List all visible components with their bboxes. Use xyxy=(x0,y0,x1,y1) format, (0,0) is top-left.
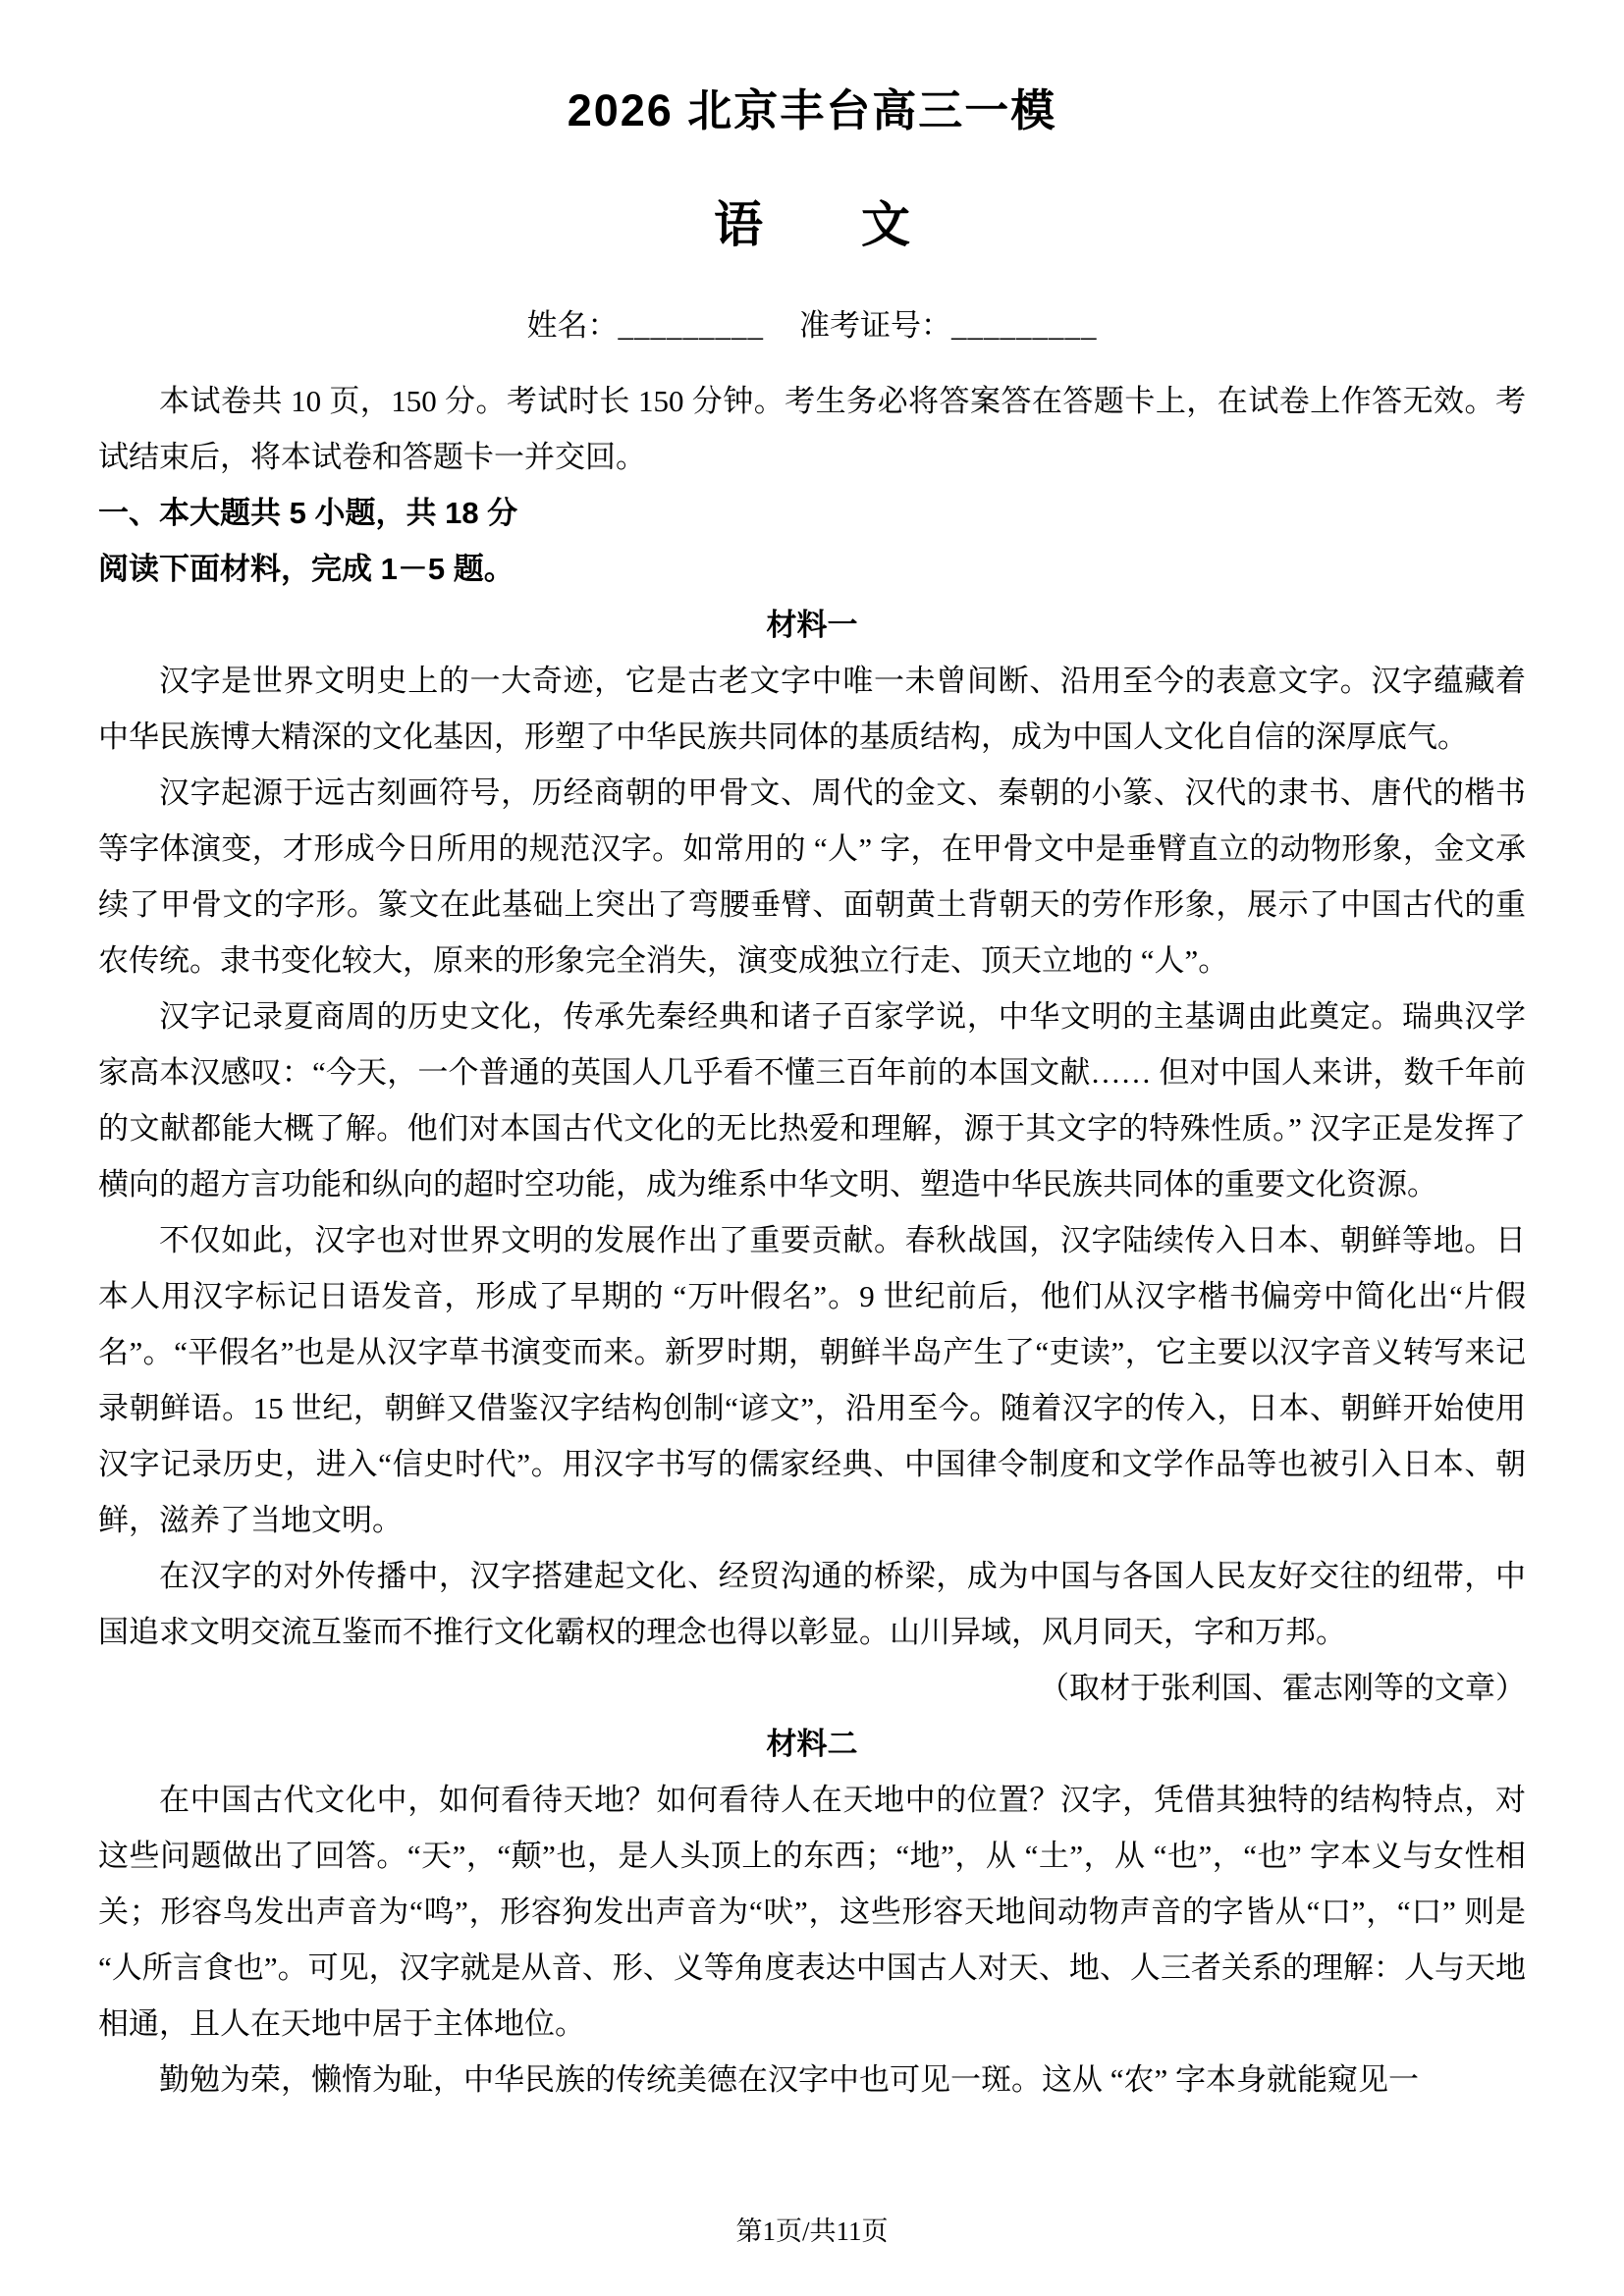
subject-title: 语 文 xyxy=(98,194,1526,255)
material-one-paragraph-1: 汉字是世界文明史上的一大奇迹，它是古老文字中唯一未曾间断、沿用至今的表意文字。汉… xyxy=(98,653,1526,765)
material-one-paragraph-5: 在汉字的对外传播中，汉字搭建起文化、经贸沟通的桥梁，成为中国与各国人民友好交往的… xyxy=(98,1548,1526,1660)
candidate-info-line: 姓名：_________准考证号：_________ xyxy=(98,304,1526,347)
material-two-heading: 材料二 xyxy=(98,1716,1526,1772)
exam-number-blank-field: _________ xyxy=(951,308,1098,343)
material-two-paragraph-1: 在中国古代文化中，如何看待天地？如何看待人在天地中的位置？汉字，凭借其独特的结构… xyxy=(98,1772,1526,2052)
material-one-paragraph-3: 汉字记录夏商周的历史文化，传承先秦经典和诸子百家学说，中华文明的主基调由此奠定。… xyxy=(98,988,1526,1212)
material-two-paragraph-2: 勤勉为荣，懒惰为耻，中华民族的传统美德在汉字中也可见一斑。这从 “农” 字本身就… xyxy=(98,2052,1526,2108)
exam-number-label: 准考证号： xyxy=(799,308,951,343)
material-one-attribution: （取材于张利国、霍志刚等的文章） xyxy=(98,1660,1526,1716)
exam-instructions: 本试卷共 10 页，150 分。考试时长 150 分钟。考生务必将答案答在答题卡… xyxy=(98,373,1526,485)
page-number: 第1页/共11页 xyxy=(0,2216,1624,2247)
exam-paper-page: 2026 北京丰台高三一模 语 文 姓名：_________准考证号：_____… xyxy=(0,0,1624,2296)
exam-body: 本试卷共 10 页，150 分。考试时长 150 分钟。考生务必将答案答在答题卡… xyxy=(98,373,1526,2108)
page-title: 2026 北京丰台高三一模 xyxy=(98,82,1526,139)
material-one-paragraph-2: 汉字起源于远古刻画符号，历经商朝的甲骨文、周代的金文、秦朝的小篆、汉代的隶书、唐… xyxy=(98,765,1526,988)
name-label: 姓名： xyxy=(527,308,619,343)
section-one-intro: 阅读下面材料，完成 1－5 题。 xyxy=(98,541,1526,597)
material-one-paragraph-4: 不仅如此，汉字也对世界文明的发展作出了重要贡献。春秋战国，汉字陆续传入日本、朝鲜… xyxy=(98,1212,1526,1548)
name-blank-field: _________ xyxy=(619,308,765,343)
section-one-heading: 一、本大题共 5 小题，共 18 分 xyxy=(98,485,1526,541)
material-one-heading: 材料一 xyxy=(98,597,1526,653)
